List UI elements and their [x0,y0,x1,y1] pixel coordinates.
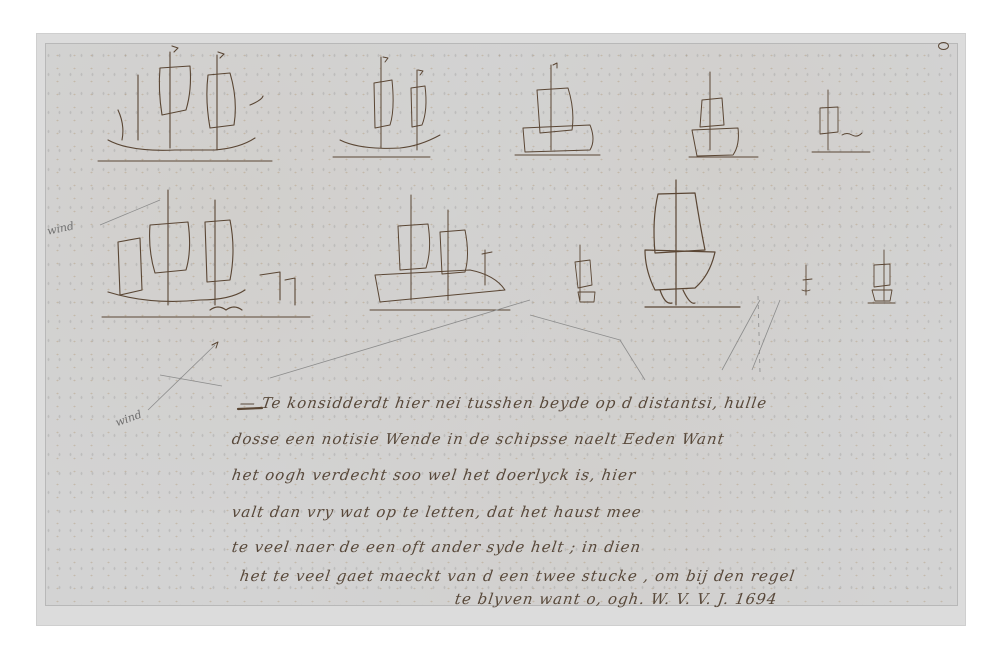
ship-sketch-middle-large [645,180,740,307]
ship-sketch-middle-3 [575,245,595,302]
ship-sketch-top-2 [333,57,440,157]
inscription-start-dash [238,408,262,409]
ship-sketch-middle-5 [802,265,812,295]
ship-sketch-top-3 [515,63,600,155]
ship-sketch-middle-1 [102,190,310,317]
ship-sketch-top-1 [98,46,272,161]
ship-sketch-middle-6 [868,250,895,303]
collection-mark-circle [938,42,949,50]
ship-sketches [0,0,999,656]
ship-sketch-top-5 [812,90,870,152]
ship-sketch-middle-2 [370,195,510,310]
ship-sketch-top-4 [689,72,758,157]
